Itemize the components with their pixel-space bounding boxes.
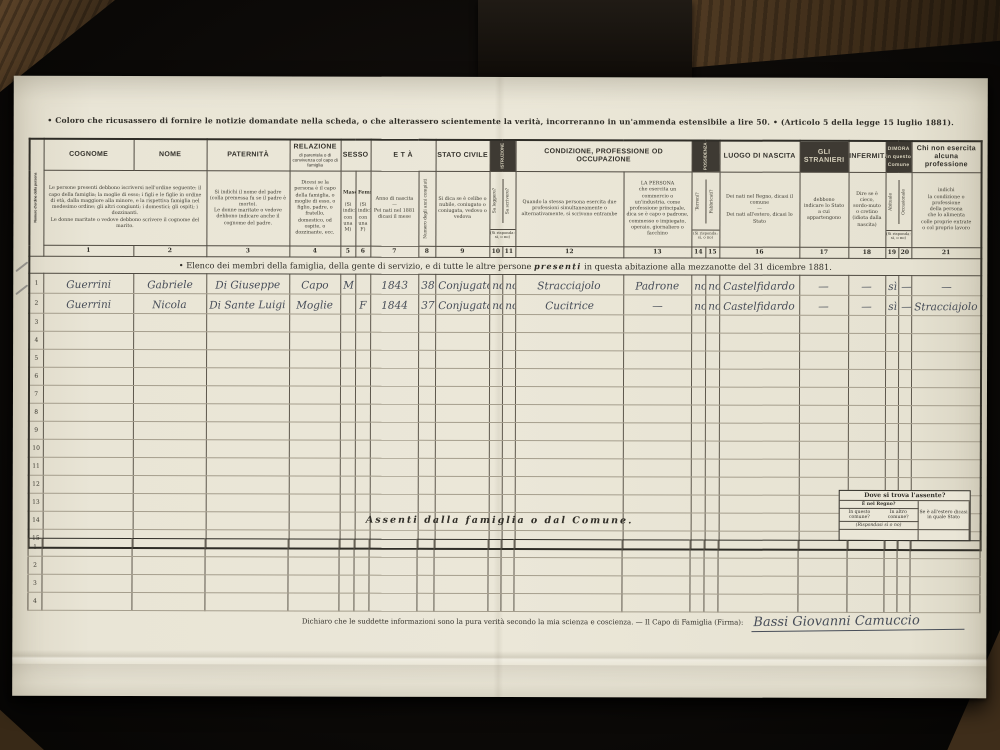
cell xyxy=(515,405,623,423)
cell xyxy=(354,593,369,611)
cell xyxy=(370,315,418,333)
cell: F xyxy=(355,295,370,315)
cell xyxy=(488,557,501,575)
cell: Guerrini xyxy=(43,294,133,314)
cell xyxy=(799,370,848,388)
cell: no xyxy=(502,295,515,315)
cell xyxy=(501,540,514,558)
cell xyxy=(418,369,435,387)
cell xyxy=(515,333,623,351)
cell xyxy=(911,316,981,334)
cell xyxy=(898,406,911,424)
cell xyxy=(847,576,884,594)
cell: sì xyxy=(885,276,898,296)
cell xyxy=(514,576,622,594)
handwritten-entry: Capo xyxy=(301,280,328,292)
cell: sì xyxy=(885,296,898,316)
cell xyxy=(289,386,340,404)
cell xyxy=(911,442,981,460)
cell xyxy=(43,404,133,422)
cell xyxy=(489,315,502,333)
cell xyxy=(340,495,355,513)
cell xyxy=(705,405,719,423)
cell xyxy=(885,424,898,442)
column-number: 16 xyxy=(719,247,799,258)
cell xyxy=(370,351,418,369)
paper-shading xyxy=(12,664,986,699)
cell xyxy=(42,556,132,574)
cell xyxy=(435,459,489,477)
cell xyxy=(515,459,623,477)
cell xyxy=(489,405,502,423)
cell xyxy=(897,595,910,613)
cell: 38 xyxy=(418,275,435,295)
cell xyxy=(719,441,799,459)
cell xyxy=(43,440,133,458)
cell xyxy=(691,369,705,387)
cell: no xyxy=(489,295,502,315)
cell xyxy=(911,370,981,388)
row-number: 3 xyxy=(28,574,42,592)
handwritten-entry: Conjugata xyxy=(438,300,490,312)
cell xyxy=(690,540,704,558)
cell xyxy=(884,559,897,577)
cell xyxy=(43,458,133,476)
row-number: 10 xyxy=(29,440,43,458)
cell xyxy=(911,388,981,406)
cell xyxy=(488,575,501,593)
cell xyxy=(515,369,623,387)
cell xyxy=(691,477,705,495)
note-possidenza: Terreni? Fabbricati? (Si risponda: sì, o… xyxy=(691,172,719,247)
cell xyxy=(502,369,515,387)
absent-location-title: Dove si trova l'assente? xyxy=(840,491,970,501)
handwritten-entry: no xyxy=(708,281,720,293)
col-header-condizione: CONDIZIONE, PROFESSIONE OD OCCUPAZIONE xyxy=(516,140,692,172)
cell xyxy=(206,422,289,440)
cell xyxy=(798,540,847,558)
cell xyxy=(417,593,434,611)
cell xyxy=(897,577,910,595)
cell xyxy=(691,315,705,333)
cell xyxy=(340,295,355,315)
cell xyxy=(355,369,370,387)
cell: Stracciajolo xyxy=(911,296,981,316)
cell: no xyxy=(705,295,719,315)
cell xyxy=(289,404,340,422)
cell xyxy=(898,370,911,388)
cell xyxy=(705,441,719,459)
cell xyxy=(42,592,132,610)
handwritten-entry: — xyxy=(818,281,829,293)
cell xyxy=(205,557,288,575)
cell xyxy=(799,388,848,406)
cell xyxy=(898,460,911,478)
cell xyxy=(369,593,417,611)
cell xyxy=(289,368,340,386)
col-header-cognome: COGNOME xyxy=(44,139,134,171)
row-number: 11 xyxy=(29,458,43,476)
cell: 1844 xyxy=(370,295,418,315)
handwritten-entry: no xyxy=(492,300,503,312)
col-header-relazione: RELAZIONE di parentela o di convivenza c… xyxy=(290,139,341,171)
cell xyxy=(718,576,798,594)
cell xyxy=(355,387,370,405)
row-number: 4 xyxy=(28,592,42,610)
cell xyxy=(435,495,489,513)
row-number: 2 xyxy=(28,556,42,574)
cell xyxy=(289,440,340,458)
declaration-line: Dichiaro che le suddette informazioni so… xyxy=(12,612,964,631)
cell xyxy=(623,387,691,405)
cell xyxy=(289,476,340,494)
cell xyxy=(691,423,705,441)
cell xyxy=(705,369,719,387)
cell xyxy=(418,387,435,405)
cell: Padrone xyxy=(623,275,691,295)
cell xyxy=(206,494,289,512)
cell: Di Sante Luigi xyxy=(206,294,289,314)
col-header-eta: E T À xyxy=(371,140,436,172)
cell xyxy=(719,387,799,405)
cell xyxy=(133,494,206,512)
cell xyxy=(690,576,704,594)
col-header-paternita: PATERNITÀ xyxy=(207,139,290,171)
cell xyxy=(289,458,340,476)
cell xyxy=(623,495,691,513)
cell xyxy=(435,387,489,405)
cell xyxy=(434,539,488,557)
absent-empty-cell xyxy=(918,530,969,540)
cell xyxy=(355,275,370,295)
cell xyxy=(289,494,340,512)
handwritten-entry: 37 xyxy=(421,300,434,312)
note-condizione-2: LA PERSONA che esercita un commercio o u… xyxy=(623,172,691,248)
cell: — xyxy=(911,276,981,296)
cell xyxy=(690,558,704,576)
cell xyxy=(289,314,340,332)
note-anno-nascita: Anno di nascita — Pei nati nel 1881 dica… xyxy=(370,171,418,247)
cell xyxy=(42,538,132,556)
cell xyxy=(515,495,623,513)
row-number: 1 xyxy=(29,274,43,294)
cell xyxy=(133,314,206,332)
cell xyxy=(488,539,501,557)
cell xyxy=(206,458,289,476)
cell: 1843 xyxy=(370,275,418,295)
cell xyxy=(799,406,848,424)
cell xyxy=(884,541,897,559)
handwritten-entry: — xyxy=(861,301,872,313)
cell: no xyxy=(502,275,515,295)
cell xyxy=(206,404,289,422)
note-sesso-f: Femmina (Si indichi con una F) xyxy=(355,171,370,246)
cell xyxy=(848,352,885,370)
absent-table: 1234 xyxy=(27,538,980,613)
handwritten-entry: sì xyxy=(888,281,897,293)
row-number: 5 xyxy=(29,350,43,368)
cell xyxy=(340,405,355,423)
cell xyxy=(434,557,488,575)
handwritten-entry: 1843 xyxy=(381,280,408,292)
cell xyxy=(133,404,206,422)
handwritten-entry: — xyxy=(652,301,663,313)
cell xyxy=(623,459,691,477)
cell xyxy=(623,315,691,333)
cell xyxy=(885,442,898,460)
cell xyxy=(705,315,719,333)
column-number: 18 xyxy=(848,248,885,259)
note-condizione-1: Quando la stessa persona esercita due pr… xyxy=(515,172,623,248)
cell xyxy=(622,558,690,576)
cell xyxy=(489,477,502,495)
cell xyxy=(205,539,288,557)
cell xyxy=(799,460,848,478)
cell xyxy=(885,388,898,406)
cell xyxy=(719,405,799,423)
census-form-sheet: • Coloro che ricusassero di fornire le n… xyxy=(12,76,988,699)
absent-empty-cell xyxy=(879,530,918,540)
cell xyxy=(623,369,691,387)
cell xyxy=(705,459,719,477)
note-luogo-nascita: Dei nati nel Regno, dicasi il comune — D… xyxy=(719,172,799,248)
cell xyxy=(847,540,884,558)
legal-warning-text: • Coloro che ricusassero di fornire le n… xyxy=(14,116,988,128)
cell xyxy=(623,351,691,369)
absent-regno-label: È nel Regno? xyxy=(840,501,919,509)
cell xyxy=(43,332,133,350)
cell xyxy=(435,351,489,369)
cell xyxy=(418,351,435,369)
handwritten-entry: F xyxy=(359,300,366,312)
cell xyxy=(435,405,489,423)
row-number: 12 xyxy=(29,476,43,494)
column-number: 13 xyxy=(623,247,691,258)
cell xyxy=(340,477,355,495)
cell xyxy=(691,459,705,477)
wood-table-corner-bottom-left xyxy=(0,688,80,750)
cell xyxy=(705,423,719,441)
cell xyxy=(206,368,289,386)
handwritten-entry: no xyxy=(505,300,516,312)
cell xyxy=(515,441,623,459)
note-infermita: Dire se è cieco, sordo-muto o cretino (i… xyxy=(848,172,885,248)
row-number: 7 xyxy=(29,386,43,404)
cell xyxy=(339,539,354,557)
cell xyxy=(132,575,205,593)
cell: no xyxy=(691,295,705,315)
cell xyxy=(910,541,980,559)
cell xyxy=(848,442,885,460)
cell xyxy=(133,332,206,350)
note-anni-compiuti: Numero degli anni compiuti xyxy=(418,171,435,246)
note-cognome-nome: Le persone presenti debbono iscriversi n… xyxy=(43,170,206,246)
cell xyxy=(885,334,898,352)
cell xyxy=(704,558,718,576)
row-number: 8 xyxy=(29,404,43,422)
cell xyxy=(340,441,355,459)
cell: Guerrini xyxy=(43,274,133,294)
cell xyxy=(704,594,718,612)
handwritten-entry: 38 xyxy=(421,280,434,292)
pencil-tick xyxy=(15,261,28,272)
cell xyxy=(910,577,980,595)
handwritten-entry: Stracciajolo xyxy=(914,301,977,313)
cell xyxy=(435,315,489,333)
cell xyxy=(622,594,690,612)
cell xyxy=(43,314,133,332)
cell xyxy=(434,575,488,593)
cell xyxy=(514,558,622,576)
cell xyxy=(705,477,719,495)
cell xyxy=(704,540,718,558)
cell: Conjugata xyxy=(435,295,489,315)
cell xyxy=(435,441,489,459)
cell xyxy=(418,441,435,459)
cell xyxy=(43,350,133,368)
note-istruzione: Sa leggere? Sa scrivere? (Si risponda: s… xyxy=(489,171,515,246)
cell xyxy=(43,368,133,386)
handwritten-entry: — xyxy=(901,281,912,293)
cell xyxy=(489,333,502,351)
cell xyxy=(898,316,911,334)
cell xyxy=(515,477,623,495)
col-header-stranieri: GLI STRANIERI xyxy=(800,141,849,173)
column-number: 20 xyxy=(898,248,911,259)
row-number: 3 xyxy=(29,314,43,332)
elenco-caption-pre: • Elenco dei membri della famiglia, dell… xyxy=(179,261,534,272)
cell xyxy=(435,423,489,441)
cell xyxy=(910,559,980,577)
note-paternita: Si indichi il nome del padre (colla prem… xyxy=(206,171,289,247)
cell xyxy=(355,423,370,441)
cell xyxy=(798,576,847,594)
cell xyxy=(370,369,418,387)
cell xyxy=(133,422,206,440)
cell xyxy=(705,351,719,369)
cell xyxy=(719,315,799,333)
cell xyxy=(690,594,704,612)
cell xyxy=(502,495,515,513)
handwritten-entry: Nicola xyxy=(152,299,186,311)
cell xyxy=(705,495,719,513)
cell xyxy=(502,459,515,477)
handwritten-entry: Di Sante Luigi xyxy=(210,299,286,312)
handwritten-entry: no xyxy=(708,301,720,313)
cell xyxy=(206,440,289,458)
cell xyxy=(340,315,355,333)
absent-empty-cell xyxy=(840,530,879,540)
handwritten-entry: Moglie xyxy=(296,300,333,312)
cell xyxy=(515,315,623,333)
cell xyxy=(502,477,515,495)
cell xyxy=(133,386,206,404)
cell xyxy=(704,576,718,594)
handwritten-entry: — xyxy=(901,301,912,313)
cell xyxy=(848,334,885,352)
cell: Stracciajolo xyxy=(515,275,623,295)
cell xyxy=(718,594,798,612)
cell xyxy=(339,593,354,611)
col-header-infermita: INFERMITÀ xyxy=(849,141,886,173)
note-dimora: Abituale Occasionale (Si risponda: sì, o… xyxy=(885,173,911,248)
cell: — xyxy=(623,295,691,315)
column-number: 12 xyxy=(515,247,623,258)
handwritten-entry: Castelfidardo xyxy=(723,281,795,294)
cell xyxy=(370,477,418,495)
cell xyxy=(847,558,884,576)
handwritten-entry: Di Giuseppe xyxy=(215,280,280,293)
cell xyxy=(719,459,799,477)
cell xyxy=(622,576,690,594)
cell xyxy=(515,351,623,369)
cell xyxy=(370,333,418,351)
cell xyxy=(514,540,622,558)
cell xyxy=(355,441,370,459)
cell xyxy=(133,476,206,494)
cell xyxy=(884,577,897,595)
cell xyxy=(489,387,502,405)
handwritten-entry: Cucitrice xyxy=(545,300,594,312)
handwritten-entry: M xyxy=(343,280,354,292)
row-number: 6 xyxy=(29,368,43,386)
cell xyxy=(133,368,206,386)
cell xyxy=(489,495,502,513)
cell xyxy=(489,369,502,387)
cell xyxy=(848,388,885,406)
cell xyxy=(418,405,435,423)
cell: Di Giuseppe xyxy=(206,274,289,294)
cell: — xyxy=(898,296,911,316)
cell xyxy=(370,459,418,477)
cell xyxy=(719,495,799,513)
cell xyxy=(435,369,489,387)
row-number: 9 xyxy=(29,422,43,440)
absent-persons-rows: 1234 xyxy=(28,538,980,612)
cell xyxy=(288,557,339,575)
cell xyxy=(206,350,289,368)
column-number: 17 xyxy=(799,248,848,259)
column-number: 11 xyxy=(502,247,515,258)
col-header-row-number: Numero d'ordine della persona xyxy=(29,139,43,257)
fold-crease xyxy=(12,650,986,667)
cell xyxy=(718,558,798,576)
col-header-sesso: SESSO xyxy=(341,140,371,172)
table-row: 1GuerriniGabrieleDi GiuseppeCapoM184338C… xyxy=(29,274,981,296)
cell: no xyxy=(691,275,705,295)
cell xyxy=(206,332,289,350)
cell xyxy=(205,593,288,611)
cell xyxy=(354,575,369,593)
handwritten-entry: Guerrini xyxy=(66,299,111,311)
handwritten-entry: no xyxy=(694,301,706,313)
cell xyxy=(515,387,623,405)
cell xyxy=(622,540,690,558)
cell xyxy=(910,595,980,613)
row-number: 4 xyxy=(29,332,43,350)
col-header-istruzione: ISTRUZIONE xyxy=(490,140,516,172)
cell xyxy=(911,352,981,370)
cell xyxy=(370,441,418,459)
cell xyxy=(719,351,799,369)
cell xyxy=(418,333,435,351)
cell xyxy=(799,334,848,352)
absent-estero-label: Se è all'estero dicasi in quale Stato xyxy=(918,501,969,530)
cell xyxy=(340,459,355,477)
cell xyxy=(848,460,885,478)
handwritten-entry: Castelfidardo xyxy=(723,301,795,314)
cell xyxy=(502,315,515,333)
